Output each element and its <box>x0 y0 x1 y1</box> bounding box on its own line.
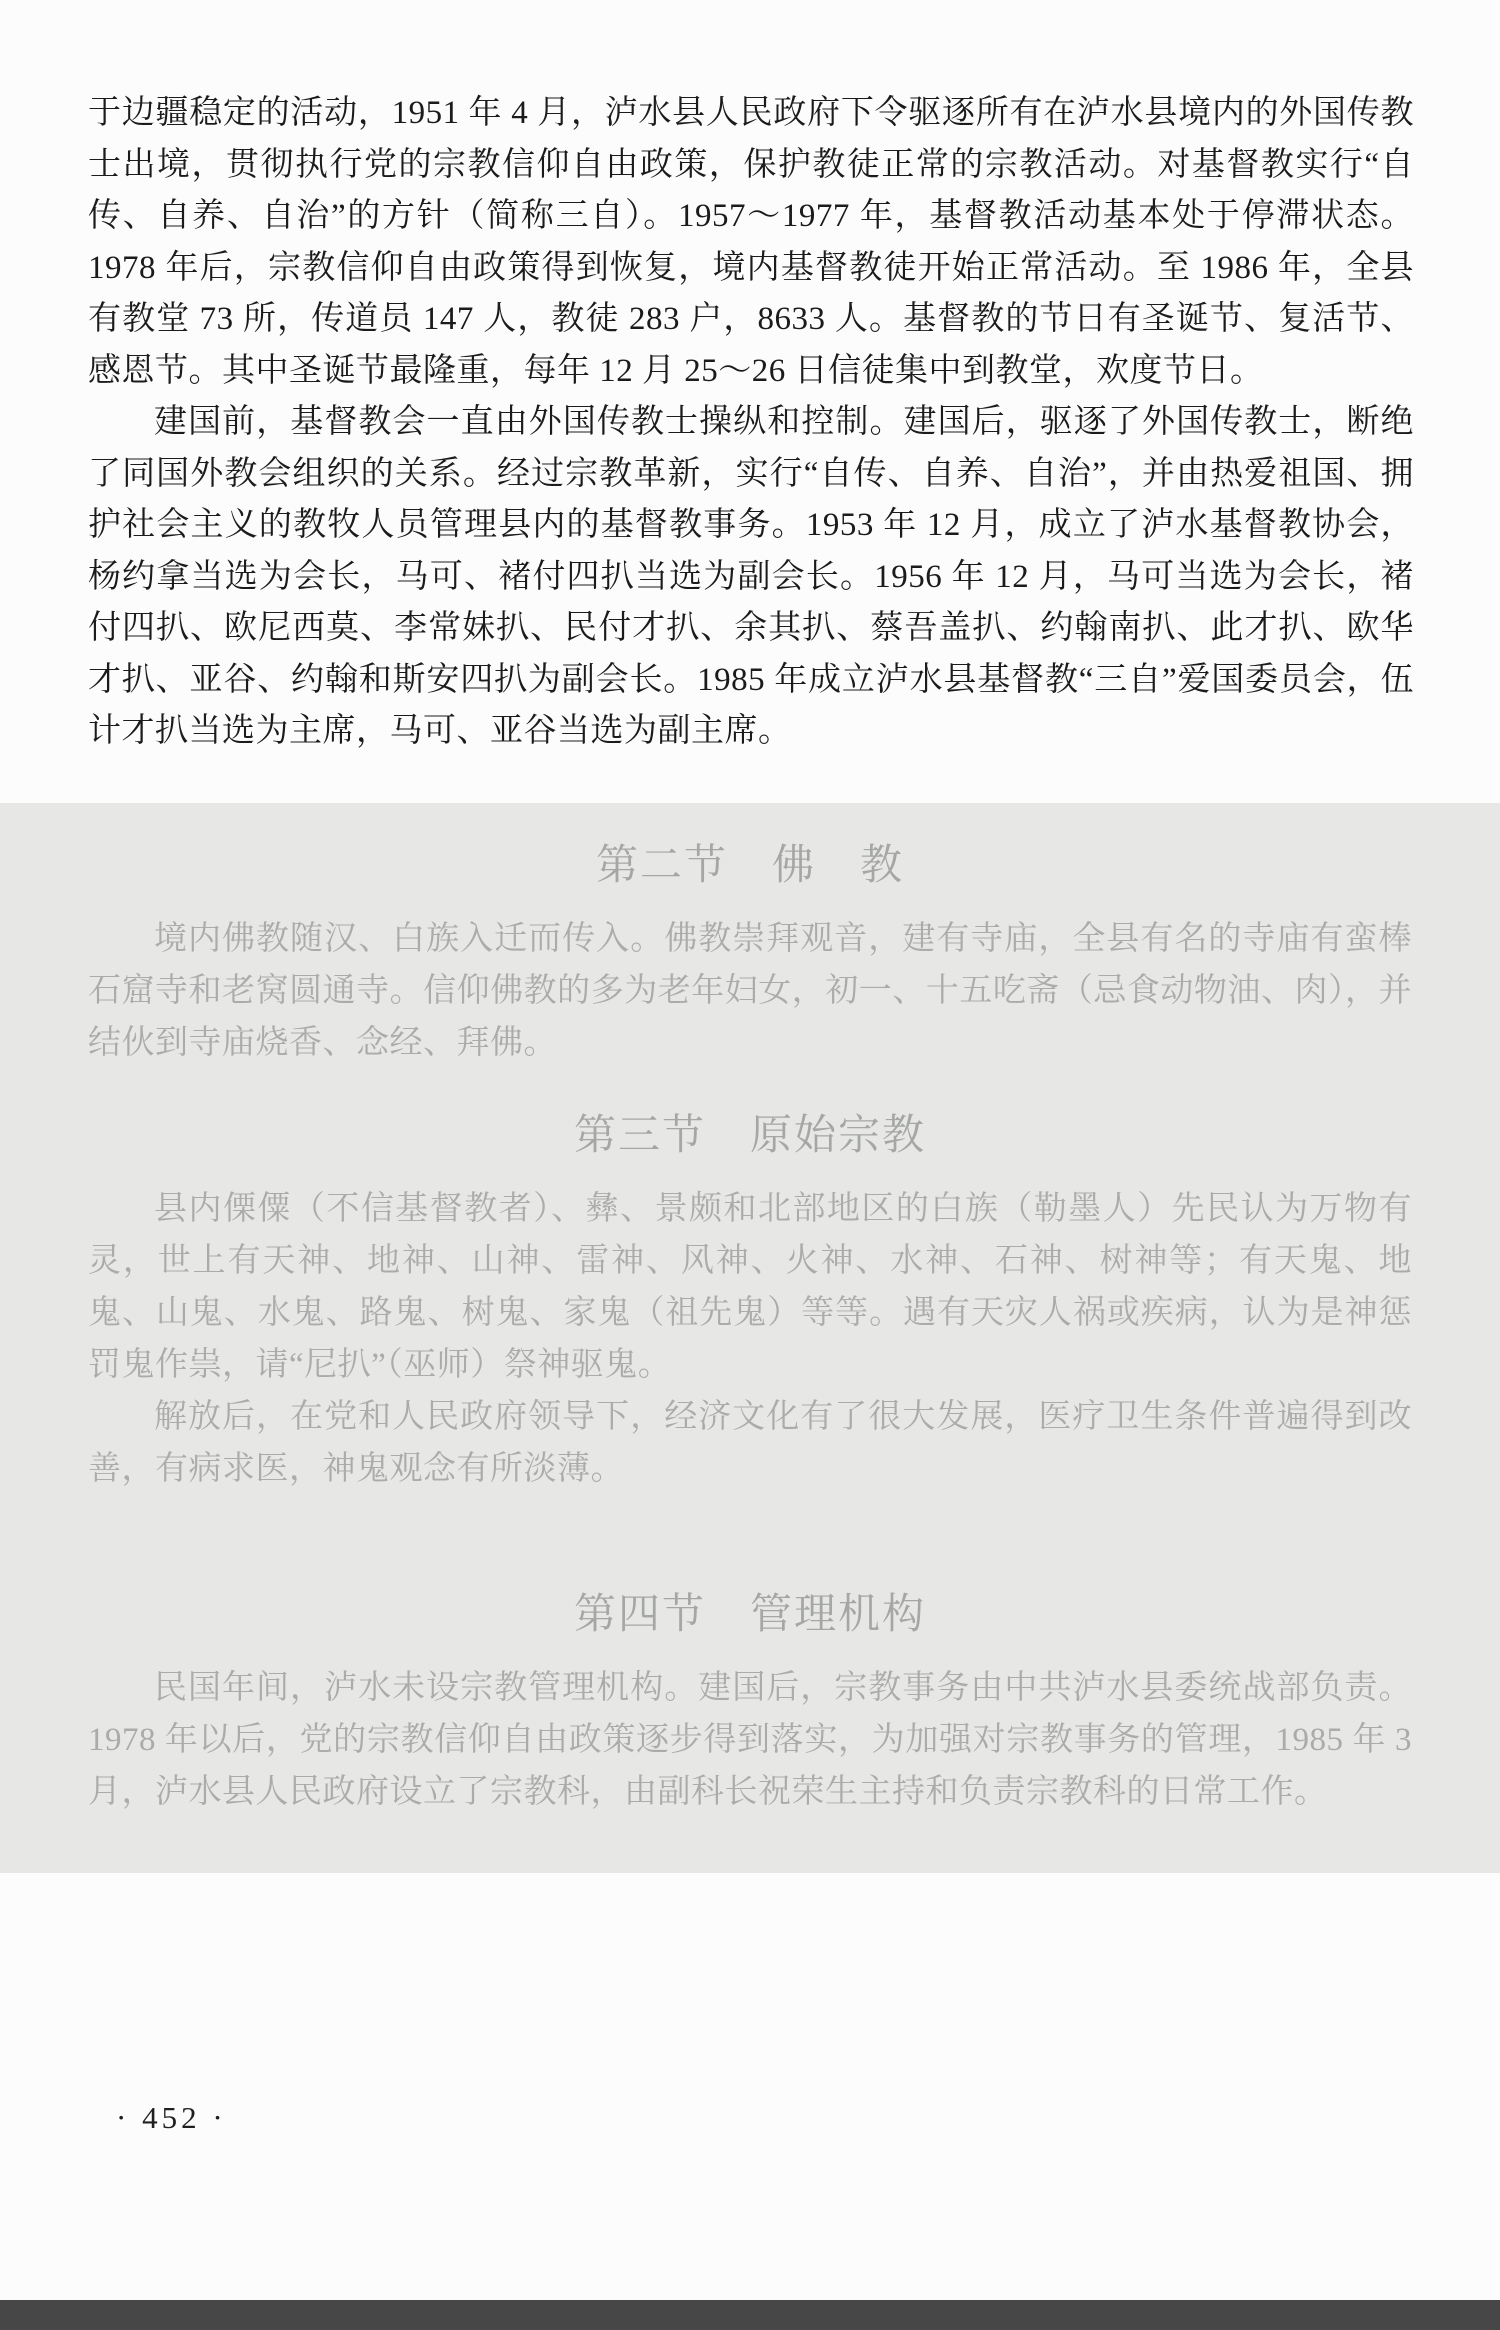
scanned-book-page: 于边疆稳定的活动，1951 年 4 月，泸水县人民政府下令驱逐所有在泸水县境内的… <box>0 0 1500 2330</box>
section-heading-management-organs: 第四节 管理机构 <box>88 1590 1412 1640</box>
page-number: · 452 · <box>116 2100 227 2136</box>
scan-edge-artifact <box>0 2300 1500 2330</box>
buddhism-paragraph: 境内佛教随汉、白族入迁而传入。佛教崇拜观音，建有寺庙，全县有名的寺庙有蛮棒石窟寺… <box>88 913 1412 1069</box>
intro-paragraph-continuation: 于边疆稳定的活动，1951 年 4 月，泸水县人民政府下令驱逐所有在泸水县境内的… <box>88 88 1414 397</box>
management-organs-paragraph: 民国年间，泸水未设宗教管理机构。建国后，宗教事务由中共泸水县委统战部负责。197… <box>88 1662 1412 1818</box>
primitive-religion-paragraph-2: 解放后，在党和人民政府领导下，经济文化有了很大发展，医疗卫生条件普遍得到改善，有… <box>88 1391 1412 1495</box>
primitive-religion-paragraph-1: 县内傈僳（不信基督教者）、彝、景颇和北部地区的白族（勒墨人）先民认为万物有灵，世… <box>88 1183 1412 1391</box>
section-heading-buddhism: 第二节 佛 教 <box>88 803 1412 891</box>
christianity-section-text: 于边疆稳定的活动，1951 年 4 月，泸水县人民政府下令驱逐所有在泸水县境内的… <box>88 88 1414 758</box>
section-heading-primitive-religion: 第三节 原始宗教 <box>88 1111 1412 1161</box>
faded-scan-band-content: 第二节 佛 教 境内佛教随汉、白族入迁而传入。佛教崇拜观音，建有寺庙，全县有名的… <box>0 803 1500 1873</box>
faded-scan-band: 第二节 佛 教 境内佛教随汉、白族入迁而传入。佛教崇拜观音，建有寺庙，全县有名的… <box>0 803 1500 1873</box>
intro-paragraph-history: 建国前，基督教会一直由外国传教士操纵和控制。建国后，驱逐了外国传教士，断绝了同国… <box>88 397 1414 758</box>
